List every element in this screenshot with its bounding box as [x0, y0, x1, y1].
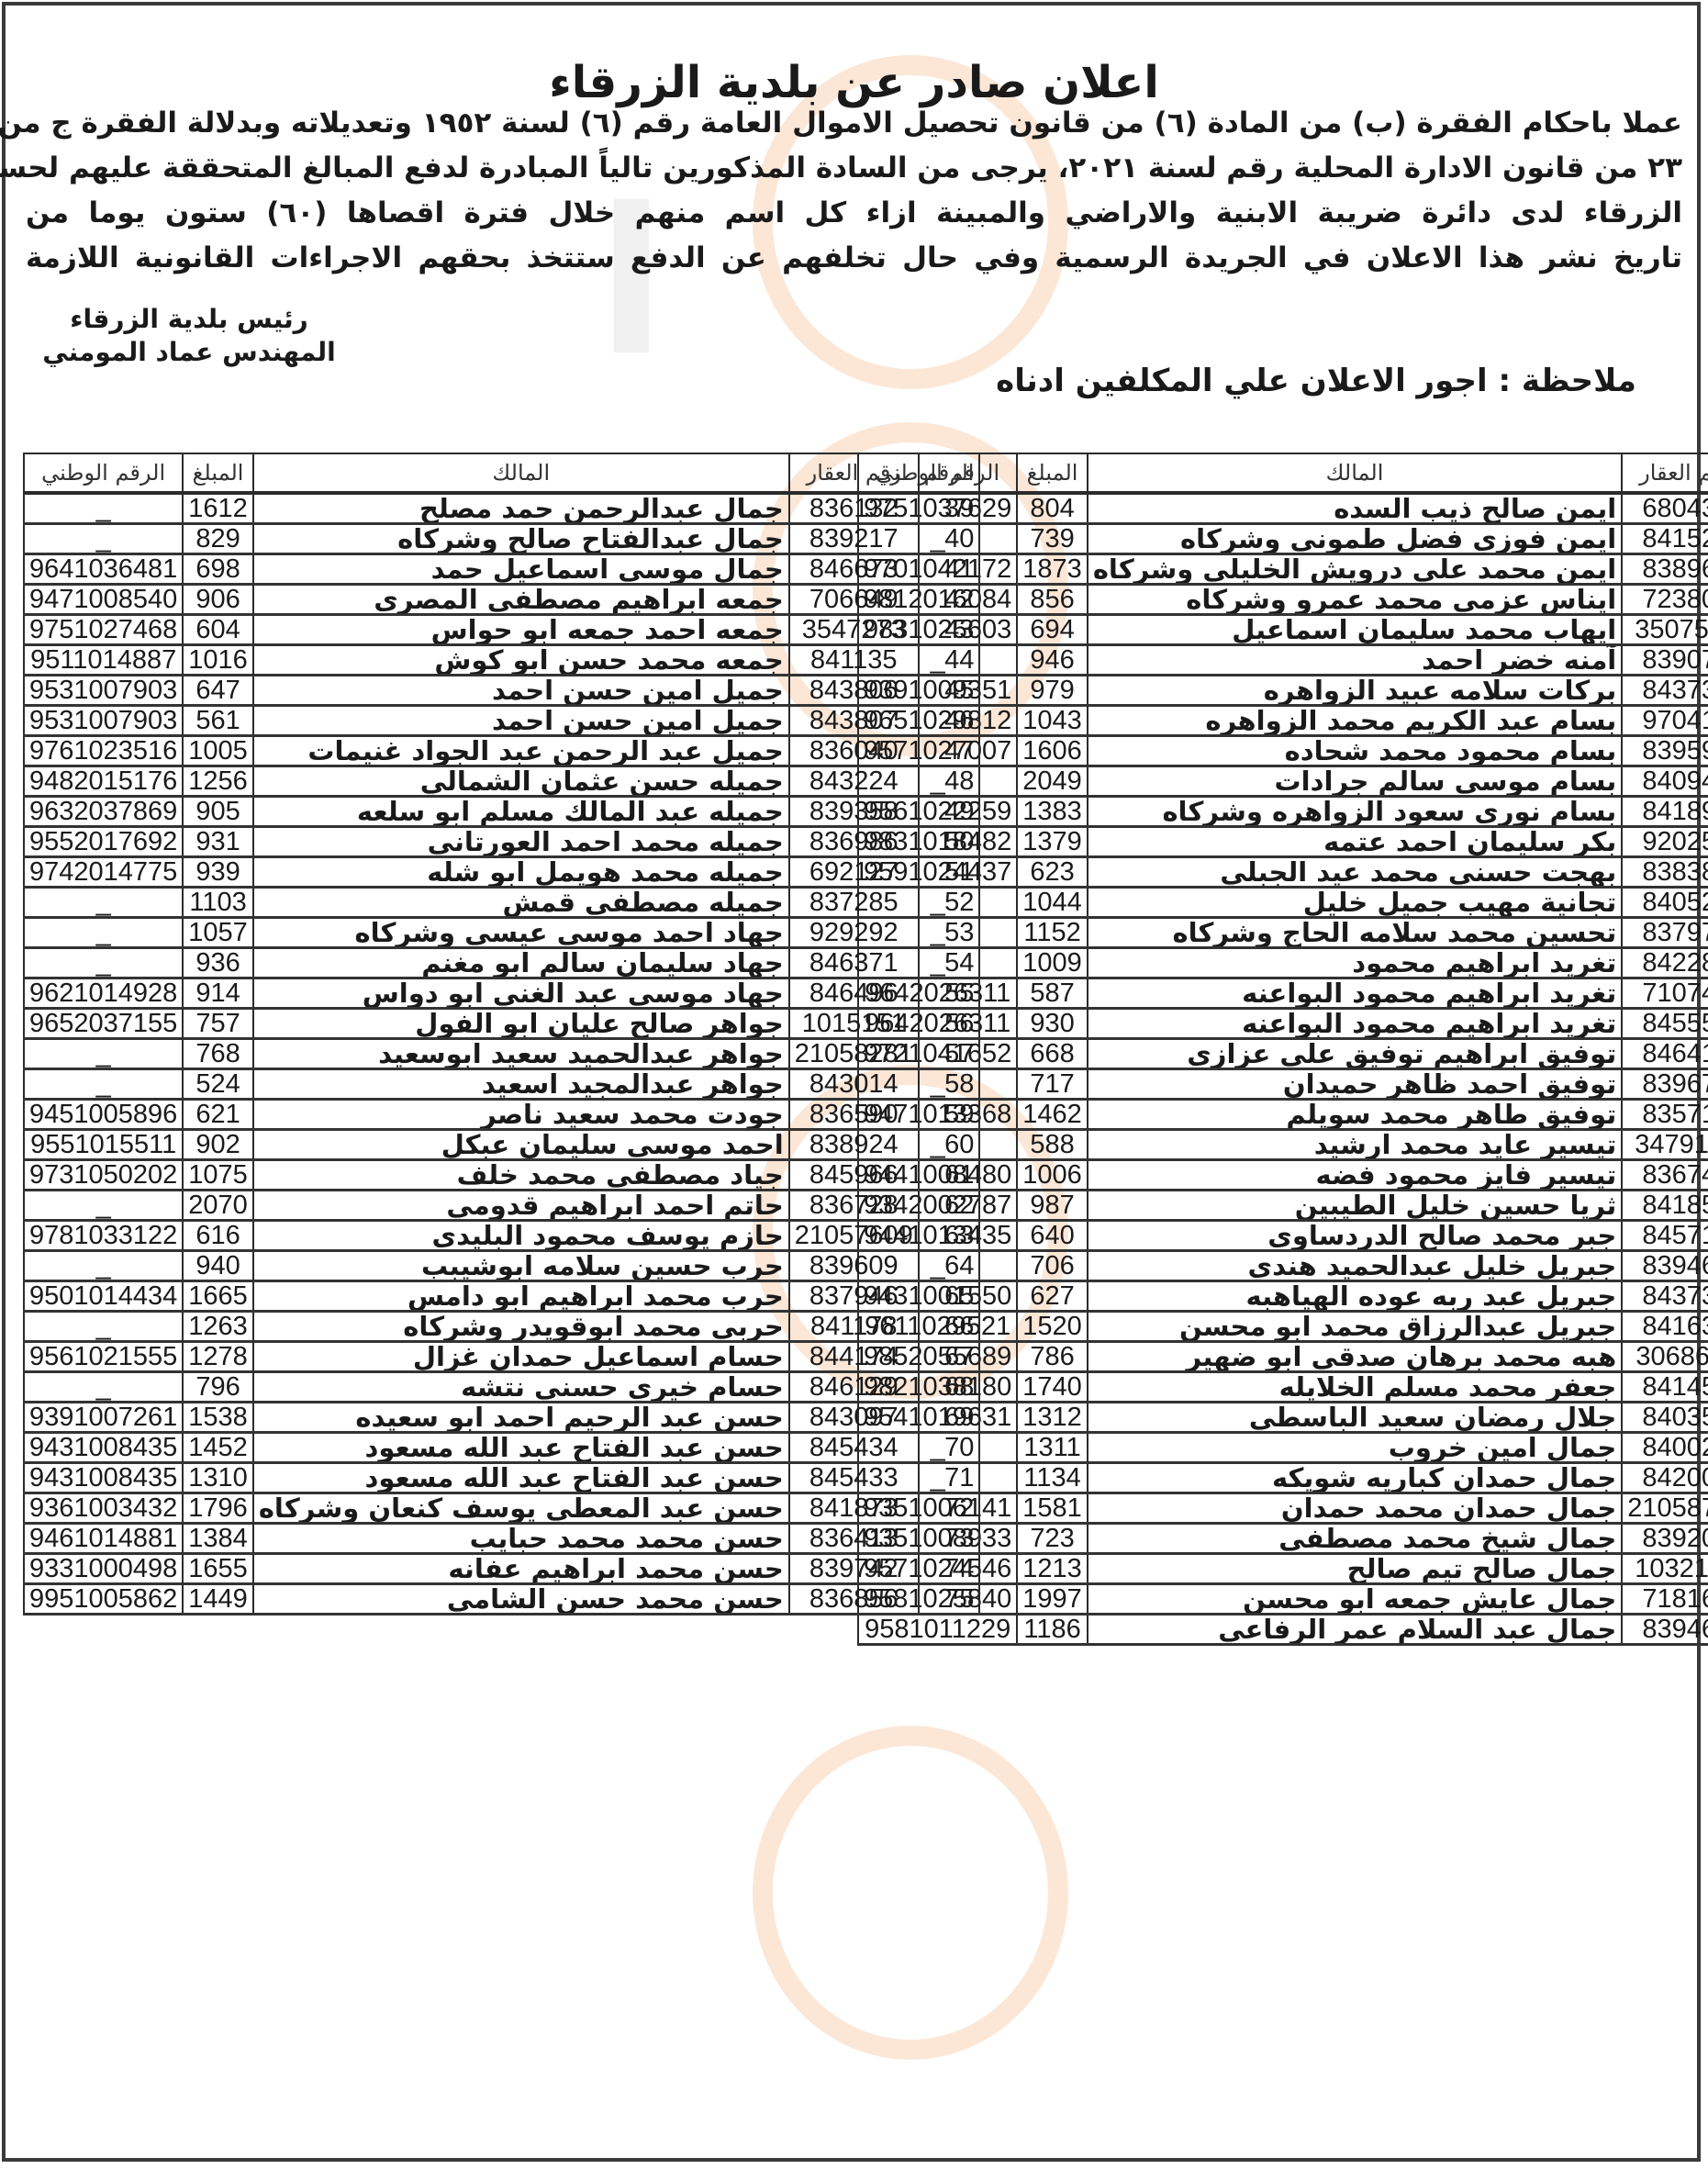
cell-owner-name: حاتم احمد ابراهيم قدومي: [253, 1191, 789, 1221]
table-row: 51692127جميله محمد هويمل ابو شله93997420…: [24, 857, 979, 888]
table-row: 1680435ايمن صالح ذيب السده8049751037629: [858, 493, 1708, 524]
cell-num: 65: [919, 1281, 980, 1312]
cell-property-number: 840525: [1622, 888, 1708, 918]
cell-owner-name: توفيق طاهر محمد سويلم: [1088, 1100, 1622, 1130]
cell-amount: 1134: [1017, 1463, 1088, 1493]
cell-national-id: 9551015511: [24, 1130, 183, 1160]
cell-property-number: 845433: [789, 1463, 919, 1493]
cell-property-number: 845555: [1622, 1009, 1708, 1039]
cell-owner-name: جواهر صالح عليان ابو الفول: [253, 1009, 789, 1039]
cell-amount: 1310: [183, 1463, 253, 1493]
cell-num: 72: [919, 1493, 980, 1524]
cell-num: 61: [919, 1160, 980, 1191]
table-row: 561015151جواهر صالح عليان ابو الفول75796…: [24, 1009, 979, 1039]
cell-owner-name: حسن عبد الفتاح عبد الله مسعود: [253, 1433, 789, 1463]
cell-num: 69: [919, 1403, 980, 1433]
cell-national-id: _: [24, 1191, 183, 1221]
cell-num: 62: [919, 1191, 980, 1221]
cell-national-id: 9501014434: [24, 1281, 183, 1312]
cell-property-number: 838385: [1622, 857, 1708, 888]
table-row: 19846419توفيق ابراهيم توفيق علي عزازي668…: [858, 1039, 1708, 1069]
cell-property-number: 840351: [1622, 1403, 1708, 1433]
cell-num: 46: [919, 706, 980, 736]
header-property: رقم العقار: [789, 453, 919, 493]
cell-national-id: 9531007903: [24, 706, 183, 736]
cell-owner-name: حسن محمد حسن الشامي: [253, 1584, 789, 1615]
cell-national-id: _: [24, 888, 183, 918]
cell-owner-name: جهاد موسى عبد الغني ابو دواس: [253, 978, 789, 1009]
cell-owner-name: جبر محمد صالح الدردساوي: [1088, 1221, 1622, 1251]
cell-amount: 621: [183, 1100, 253, 1130]
header-owner: المالك: [1088, 453, 1622, 493]
table-row: 12920259بكر سليمان احمد عتمه137998310184…: [858, 827, 1708, 857]
table-row: 21835712توفيق طاهر محمد سويلم14629471013…: [858, 1100, 1708, 1130]
table-row: 41846673جمال موسى اسماعيل حمد69896410364…: [24, 554, 979, 585]
cell-owner-name: جواهر عبدالحميد سعيد ابوسعيد: [253, 1039, 789, 1069]
cell-amount: 627: [1017, 1281, 1088, 1312]
cell-owner-name: جميله عبد المالك مسلم ابو سلعه: [253, 797, 789, 827]
table-row: 25845718جبر محمد صالح الدردساوي640944101…: [858, 1221, 1708, 1251]
cell-amount: 1278: [183, 1342, 253, 1372]
table-row: 45843806جميل امين حسن احمد6479531007903: [24, 676, 979, 706]
cell-amount: 1044: [1017, 888, 1088, 918]
table-header-row: الرقم رقم العقار المالك المبلغ الرقم الو…: [858, 453, 1708, 493]
cell-owner-name: ايمن محمد علي درويش الخليلي وشركاه: [1088, 554, 1622, 585]
cell-property-number: 836590: [789, 1100, 919, 1130]
cell-owner-name: حرب محمد ابراهيم ابو دامس: [253, 1281, 789, 1312]
cell-num: 57: [919, 1039, 980, 1069]
cell-property-number: 3479168: [1622, 1130, 1708, 1160]
cell-amount: 1452: [183, 1433, 253, 1463]
cell-owner-name: حسام اسماعيل حمدان غزال: [253, 1342, 789, 1372]
cell-num: 63: [919, 1221, 980, 1251]
cell-amount: 1538: [183, 1403, 253, 1433]
owners-table-right: الرقم رقم العقار المالك المبلغ الرقم الو…: [857, 453, 1708, 1646]
cell-owner-name: حسن عبد المعطي يوسف كنعان وشركاه: [253, 1493, 789, 1524]
cell-amount: 739: [1017, 524, 1088, 554]
cell-owner-name: ايناس عزمي محمد عمرو وشركاه: [1088, 585, 1622, 615]
cell-property-number: 837285: [789, 888, 919, 918]
cell-amount: 1606: [1017, 736, 1088, 766]
cell-num: 51: [919, 857, 980, 888]
cell-national-id: 9632037869: [24, 797, 183, 827]
cell-num: 54: [919, 948, 980, 978]
cell-national-id: 9581011229: [858, 1615, 1017, 1645]
cell-national-id: 9742014775: [24, 857, 183, 888]
cell-property-number: 846496: [789, 978, 919, 1009]
cell-amount: 786: [1017, 1342, 1088, 1372]
cell-amount: 1256: [183, 766, 253, 797]
cell-property-number: 841522: [1622, 524, 1708, 554]
cell-national-id: _: [24, 1251, 183, 1281]
table-row: 71845433حسن عبد الفتاح عبد الله مسعود131…: [24, 1463, 979, 1493]
cell-property-number: 843224: [789, 766, 919, 797]
table-row: 65837946حرب محمد ابراهيم ابو دامس1665950…: [24, 1281, 979, 1312]
cell-num: 68: [919, 1372, 980, 1403]
cell-property-number: 836132: [789, 493, 919, 524]
cell-amount: 1997: [1017, 1584, 1088, 1615]
header-owner: المالك: [253, 453, 789, 493]
cell-property-number: 3068611: [1622, 1342, 1708, 1372]
table-row: 50836986جميله محمد احمد العورتاني9319552…: [24, 827, 979, 857]
table-row: 6321057609حازم يوسف محمود البليدي6169781…: [24, 1221, 979, 1251]
cell-property-number: 839208: [1622, 1524, 1708, 1554]
cell-property-number: 710741: [1622, 978, 1708, 1009]
announcement-body: عملا باحكام الفقرة (ب) من المادة (٦) من …: [26, 101, 1682, 281]
cell-property-number: 837946: [789, 1281, 919, 1312]
table-row: 54846371جهاد سليمان سالم ابو مغنم936_: [24, 948, 979, 978]
cell-num: 59: [919, 1100, 980, 1130]
cell-amount: 588: [1017, 1130, 1088, 1160]
cell-amount: 1383: [1017, 797, 1088, 827]
table-row: 61845966جياد مصطفى محمد خلف1075973105020…: [24, 1160, 979, 1191]
cell-national-id: 9652037155: [24, 1009, 183, 1039]
cell-owner-name: تيسير عايد محمد ارشيد: [1088, 1130, 1622, 1160]
cell-property-number: 841135: [789, 645, 919, 676]
table-row: 7843738بركات سلامه عبيد الزواهره97993910…: [858, 676, 1708, 706]
cell-property-number: 839358: [789, 797, 919, 827]
cell-property-number: 21057609: [789, 1221, 919, 1251]
fees-note: ملاحظة : اجور الاعلان علي المكلفين ادناه: [996, 363, 1636, 399]
cell-amount: 1186: [1017, 1615, 1088, 1645]
cell-property-number: 845966: [789, 1160, 919, 1191]
cell-national-id: 9461014881: [24, 1524, 183, 1554]
table-row: 28841638جبريل عبدالرزاق محمد ابو محسن152…: [858, 1312, 1708, 1342]
cell-amount: 1152: [1017, 918, 1088, 948]
cell-num: 60: [919, 1130, 980, 1160]
cell-property-number: 836986: [789, 827, 919, 857]
cell-national-id: 9731050202: [24, 1160, 183, 1191]
cell-amount: 623: [1017, 857, 1088, 888]
cell-national-id: 9451005896: [24, 1100, 183, 1130]
cell-property-number: 836856: [789, 1584, 919, 1615]
cell-amount: 2049: [1017, 766, 1088, 797]
table-row: 32840026جمال امين خروب1311_: [858, 1433, 1708, 1463]
cell-national-id: _: [24, 1069, 183, 1100]
cell-property-number: 839464: [1622, 1615, 1708, 1645]
table-row: 73836413حسن محمد محمد حبايب1384946101488…: [24, 1524, 979, 1554]
cell-num: 75: [919, 1584, 980, 1615]
table-row: 14840525تجانية مهيب جميل خليل1044_: [858, 888, 1708, 918]
table-row: 59836590جودت محمد سعيد ناصر6219451005896: [24, 1100, 979, 1130]
cell-owner-name: حسن عبد الفتاح عبد الله مسعود: [253, 1463, 789, 1493]
cell-property-number: 3507570: [1622, 615, 1708, 645]
cell-owner-name: جمال امين خروب: [1088, 1433, 1622, 1463]
cell-property-number: 839678: [1622, 1069, 1708, 1100]
table-row: 3838966ايمن محمد علي درويش الخليلي وشركا…: [858, 554, 1708, 585]
cell-property-number: 839609: [789, 1251, 919, 1281]
cell-national-id: _: [24, 1039, 183, 1069]
cell-owner-name: بسام محمود محمد شحاده: [1088, 736, 1622, 766]
table-row: 49839358جميله عبد المالك مسلم ابو سلعه90…: [24, 797, 979, 827]
cell-national-id: 9361003432: [24, 1493, 183, 1524]
cell-property-number: 920259: [1622, 827, 1708, 857]
cell-amount: 1462: [1017, 1100, 1088, 1130]
cell-amount: 979: [1017, 676, 1088, 706]
cell-amount: 796: [183, 1372, 253, 1403]
cell-num: 53: [919, 918, 980, 948]
cell-owner-name: جمعه محمد حسن ابو كوش: [253, 645, 789, 676]
cell-owner-name: توفيق ابراهيم توفيق علي عزازي: [1088, 1039, 1622, 1069]
cell-amount: 587: [1017, 978, 1088, 1009]
cell-owner-name: جمال عبد السلام عمر الرفاعي: [1088, 1615, 1622, 1645]
cell-amount: 829: [183, 524, 253, 554]
cell-num: 56: [919, 1009, 980, 1039]
cell-amount: 524: [183, 1069, 253, 1100]
cell-property-number: 839591: [1622, 736, 1708, 766]
cell-national-id: 9641036481: [24, 554, 183, 585]
cell-owner-name: تحسين محمد سلامه الحاج وشركاه: [1088, 918, 1622, 948]
cell-owner-name: تغريد ابراهيم محمود البواعنه: [1088, 978, 1622, 1009]
body-line: تاريخ نشر هذا الاعلان في الجريدة الرسمية…: [26, 236, 1682, 281]
cell-property-number: 843733: [1622, 1281, 1708, 1312]
table-row: 11841890بسام نوري سعود الزواهره وشركاه13…: [858, 797, 1708, 827]
cell-property-number: 1015151: [789, 1009, 919, 1039]
cell-property-number: 846673: [789, 554, 919, 585]
cell-num: 52: [919, 888, 980, 918]
cell-owner-name: حسام خيري حسني نتشه: [253, 1372, 789, 1403]
cell-amount: 723: [1017, 1524, 1088, 1554]
cell-owner-name: جواهر عبدالمجيد اسعيد: [253, 1069, 789, 1100]
cell-national-id: _: [24, 1312, 183, 1342]
cell-owner-name: جمال حمدان محمد حمدان: [1088, 1493, 1622, 1524]
cell-owner-name: ايمن فوزي فضل طموني وشركاه: [1088, 524, 1622, 554]
cell-property-number: 836413: [789, 1524, 919, 1554]
cell-property-number: 723806: [1622, 585, 1708, 615]
table-row: 27843733جبريل عبد ربه عوده الهياهبه62794…: [858, 1281, 1708, 1312]
header-amount: المبلغ: [1017, 453, 1088, 493]
cell-owner-name: تيسير فايز محمود فضه: [1088, 1160, 1622, 1191]
table-row: 68846129حسام خيري حسني نتشه796_: [24, 1372, 979, 1403]
cell-owner-name: ايمن صالح ذيب السده: [1088, 493, 1622, 524]
cell-national-id: 9511014887: [24, 645, 183, 676]
cell-national-id: _: [24, 1372, 183, 1403]
cell-property-number: 1032166: [1622, 1554, 1708, 1584]
cell-owner-name: توفيق احمد ظاهر حميدان: [1088, 1069, 1622, 1100]
cell-national-id: 9561021555: [24, 1342, 183, 1372]
cell-property-number: 846371: [789, 948, 919, 978]
cell-amount: 931: [183, 827, 253, 857]
table-row: 38839464جمال عبد السلام عمر الرفاعي11869…: [858, 1615, 1708, 1645]
cell-owner-name: احمد موسى سليمان عبكل: [253, 1130, 789, 1160]
table-row: 62836728حاتم احمد ابراهيم قدومي2070_: [24, 1191, 979, 1221]
cell-amount: 1057: [183, 918, 253, 948]
table-row: 47836040جميل عبد الرحمن عبد الجواد غنيما…: [24, 736, 979, 766]
cell-property-number: 839077: [1622, 645, 1708, 676]
table-row: 33842000جمال حمدان كباريه شويكه1134_: [858, 1463, 1708, 1493]
table-row: 37718164جمال عايش جمعه ابو محسن199795810…: [858, 1584, 1708, 1615]
cell-owner-name: بكر سليمان احمد عتمه: [1088, 827, 1622, 857]
cell-property-number: 845434: [789, 1433, 919, 1463]
table-row: 46843807جميل امين حسن احمد5619531007903: [24, 706, 979, 736]
cell-owner-name: تغريد ابراهيم محمود البواعنه: [1088, 1009, 1622, 1039]
table-row: 24841853ثريا حسين خليل الطيبين9879342002…: [858, 1191, 1708, 1221]
cell-owner-name: هبه محمد برهان صدقي ابو ضهير: [1088, 1342, 1622, 1372]
cell-owner-name: جميله مصطفى قمش: [253, 888, 789, 918]
cell-property-number: 840026: [1622, 1433, 1708, 1463]
cell-num: 49: [919, 797, 980, 827]
cell-owner-name: جودت محمد سعيد ناصر: [253, 1100, 789, 1130]
cell-property-number: 835712: [1622, 1100, 1708, 1130]
body-line: الزرقاء لدى دائرة ضريبة الابنية والاراضي…: [26, 191, 1682, 236]
cell-num: 43: [919, 615, 980, 645]
header-amount: المبلغ: [183, 453, 253, 493]
table-row: 64839609حرب حسين سلامه ابوشيبب940_: [24, 1251, 979, 1281]
cell-amount: 1005: [183, 736, 253, 766]
cell-amount: 1740: [1017, 1372, 1088, 1403]
table-row: 5721058281جواهر عبدالحميد سعيد ابوسعيد76…: [24, 1039, 979, 1069]
cell-owner-name: جميله محمد هويمل ابو شله: [253, 857, 789, 888]
cell-owner-name: جمال عايش جمعه ابو محسن: [1088, 1584, 1622, 1615]
cell-national-id: 9751027468: [24, 615, 183, 645]
cell-num: 40: [919, 524, 980, 554]
cell-property-number: 839217: [789, 524, 919, 554]
cell-owner-name: جميل امين حسن احمد: [253, 706, 789, 736]
cell-property-number: 718164: [1622, 1584, 1708, 1615]
table-row: 42706649جمعه ابراهيم مصطفى المصري9069471…: [24, 585, 979, 615]
cell-owner-name: جبريل عبد ربه عوده الهياهبه: [1088, 1281, 1622, 1312]
cell-property-number: 843014: [789, 1069, 919, 1100]
cell-num: 66: [919, 1312, 980, 1342]
cell-owner-name: جمال موسى اسماعيل حمد: [253, 554, 789, 585]
cell-amount: 906: [183, 585, 253, 615]
cell-amount: 694: [1017, 615, 1088, 645]
cell-owner-name: جهاد سليمان سالم ابو مغنم: [253, 948, 789, 978]
cell-owner-name: جبريل خليل عبدالحميد هندي: [1088, 1251, 1622, 1281]
cell-national-id: 9761023516: [24, 736, 183, 766]
cell-owner-name: جمعه احمد جمعه ابو حواس: [253, 615, 789, 645]
cell-owner-name: آمنه خضر احمد: [1088, 645, 1622, 676]
cell-property-number: 841638: [1622, 1312, 1708, 1342]
cell-amount: 1213: [1017, 1554, 1088, 1584]
cell-amount: 1379: [1017, 827, 1088, 857]
cell-national-id: 9951005862: [24, 1584, 183, 1615]
cell-owner-name: تغريد ابراهيم محمود: [1088, 948, 1622, 978]
cell-amount: 616: [183, 1221, 253, 1251]
cell-amount: 604: [183, 615, 253, 645]
cell-amount: 1043: [1017, 706, 1088, 736]
cell-property-number: 838966: [1622, 554, 1708, 585]
cell-property-number: 846419: [1622, 1039, 1708, 1069]
table-row: 18845555تغريد ابراهيم محمود البواعنه9309…: [858, 1009, 1708, 1039]
cell-owner-name: جهاد احمد موسى عيسى وشركاه: [253, 918, 789, 948]
table-row: 293068611هبه محمد برهان صدقي ابو ضهير786…: [858, 1342, 1708, 1372]
cell-property-number: 841455: [1622, 1372, 1708, 1403]
cell-amount: 930: [1017, 1009, 1088, 1039]
cell-amount: 946: [1017, 645, 1088, 676]
cell-owner-name: جمال شيخ محمد مصطفى: [1088, 1524, 1622, 1554]
cell-national-id: 9531007903: [24, 676, 183, 706]
cell-amount: 856: [1017, 585, 1088, 615]
cell-national-id: _: [24, 524, 183, 554]
cell-amount: 905: [183, 797, 253, 827]
cell-property-number: 970416: [1622, 706, 1708, 736]
cell-amount: 768: [183, 1039, 253, 1069]
cell-owner-name: تجانية مهيب جميل خليل: [1088, 888, 1622, 918]
cell-amount: 647: [183, 676, 253, 706]
cell-owner-name: حرب حسين سلامه ابوشيبب: [253, 1251, 789, 1281]
table-row: 58843014جواهر عبدالمجيد اسعيد524_: [24, 1069, 979, 1100]
table-row: 17710741تغريد ابراهيم محمود البواعنه5879…: [858, 978, 1708, 1009]
cell-property-number: 3547273: [789, 615, 919, 645]
cell-amount: 1655: [183, 1554, 253, 1584]
cell-owner-name: جبريل عبدالرزاق محمد ابو محسن: [1088, 1312, 1622, 1342]
cell-num: 50: [919, 827, 980, 857]
cell-amount: 668: [1017, 1039, 1088, 1069]
cell-num: 58: [919, 1069, 980, 1100]
cell-property-number: 843097: [789, 1403, 919, 1433]
cell-num: 41: [919, 554, 980, 585]
cell-owner-name: حربي محمد ابوقويدر وشركاه: [253, 1312, 789, 1342]
cell-num: 74: [919, 1554, 980, 1584]
cell-property-number: 842286: [1622, 948, 1708, 978]
cell-national-id: _: [24, 918, 183, 948]
cell-amount: 640: [1017, 1221, 1088, 1251]
body-line: ٢٣ من قانون الادارة المحلية رقم لسنة ٢٠٢…: [26, 146, 1682, 191]
cell-amount: 706: [1017, 1251, 1088, 1281]
cell-property-number: 843807: [789, 706, 919, 736]
cell-owner-name: بهجت حسني محمد عيد الجبلي: [1088, 857, 1622, 888]
table-row: 35839208جمال شيخ محمد مصطفى7239351008933: [858, 1524, 1708, 1554]
cell-amount: 1612: [183, 493, 253, 524]
cell-owner-name: جياد مصطفى محمد خلف: [253, 1160, 789, 1191]
cell-national-id: 9431008435: [24, 1433, 183, 1463]
table-row: 30841455جعفر محمد مسلم الخلايله174098210…: [858, 1372, 1708, 1403]
table-row: 9839591بسام محمود محمد شحاده160695710270…: [858, 736, 1708, 766]
table-row: 13838385بهجت حسني محمد عيد الجبلي6239591…: [858, 857, 1708, 888]
table-row: 4723806ايناس عزمي محمد عمرو وشركاه856981…: [858, 585, 1708, 615]
cell-property-number: 21058742: [1622, 1493, 1708, 1524]
cell-amount: 1796: [183, 1493, 253, 1524]
cell-num: 71: [919, 1463, 980, 1493]
cell-property-number: 842000: [1622, 1463, 1708, 1493]
owners-table-left: الرقم رقم العقار المالك المبلغ الرقم الو…: [23, 453, 980, 1616]
cell-national-id: 9391007261: [24, 1403, 183, 1433]
cell-property-number: 843738: [1622, 676, 1708, 706]
cell-num: 48: [919, 766, 980, 797]
table-row: 40839217جمال عبدالفتاح صالح وشركاه829_: [24, 524, 979, 554]
cell-owner-name: ايهاب محمد سليمان اسماعيل: [1088, 615, 1622, 645]
cell-amount: 1312: [1017, 1403, 1088, 1433]
cell-num: 64: [919, 1251, 980, 1281]
table-row: 48843224جميله حسن عثمان الشمالي125694820…: [24, 766, 979, 797]
table-row: 8970416بسام عبد الكريم محمد الزواهره1043…: [858, 706, 1708, 736]
table-row: 23836742تيسير فايز محمود فضه100694410084…: [858, 1160, 1708, 1191]
table-row: 66841178حربي محمد ابوقويدر وشركاه1263_: [24, 1312, 979, 1342]
cell-owner-name: حسن عبد الرحيم احمد ابو سعيده: [253, 1403, 789, 1433]
cell-num: 39: [919, 493, 980, 524]
table-row: 53929292جهاد احمد موسى عيسى وشركاه1057_: [24, 918, 979, 948]
cell-property-number: 838924: [789, 1130, 919, 1160]
cell-num: 67: [919, 1342, 980, 1372]
cell-amount: 1016: [183, 645, 253, 676]
cell-property-number: 841873: [789, 1493, 919, 1524]
body-line: عملا باحكام الفقرة (ب) من المادة (٦) من …: [26, 101, 1682, 146]
cell-owner-name: جميل عبد الرحمن عبد الجواد غنيمات: [253, 736, 789, 766]
cell-amount: 902: [183, 1130, 253, 1160]
cell-num: 44: [919, 645, 980, 676]
table-row: 16842286تغريد ابراهيم محمود1009_: [858, 948, 1708, 978]
cell-amount: 940: [183, 1251, 253, 1281]
table-row: 67844174حسام اسماعيل حمدان غزال127895610…: [24, 1342, 979, 1372]
cell-num: 45: [919, 676, 980, 706]
cell-owner-name: جمعه ابراهيم مصطفى المصري: [253, 585, 789, 615]
cell-owner-name: بسام عبد الكريم محمد الزواهره: [1088, 706, 1622, 736]
cell-property-number: 706649: [789, 585, 919, 615]
table-row: 60838924احمد موسى سليمان عبكل90295510155…: [24, 1130, 979, 1160]
cell-national-id: _: [24, 948, 183, 978]
cell-property-number: 843806: [789, 676, 919, 706]
